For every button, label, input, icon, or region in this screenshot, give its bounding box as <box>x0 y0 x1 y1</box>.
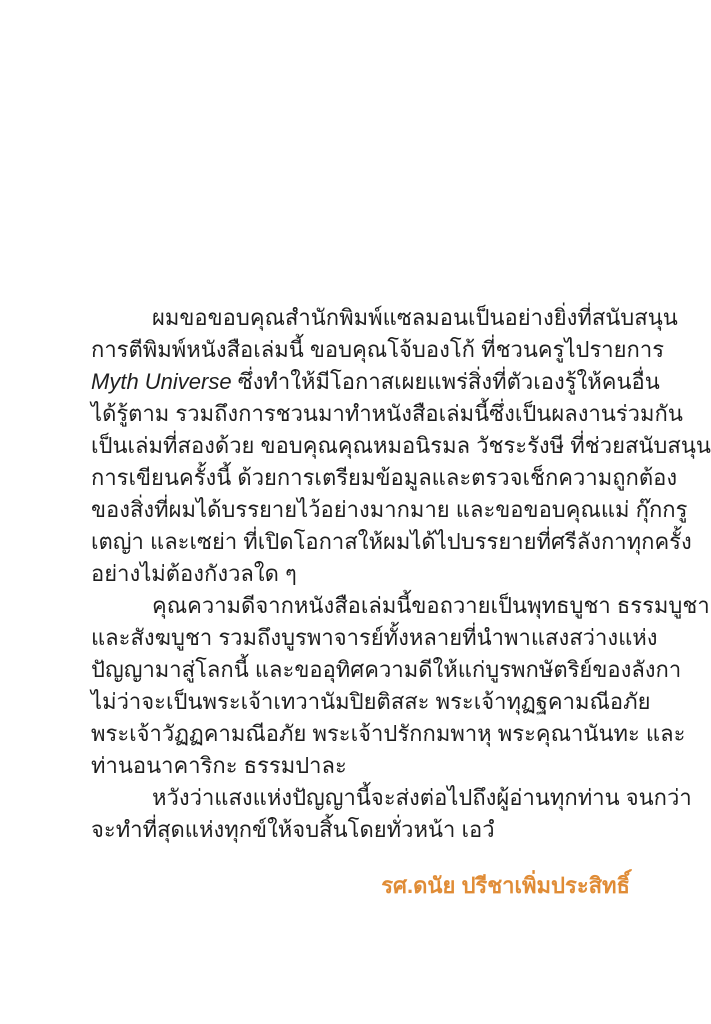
latin-italic-text: Myth Universe <box>91 369 232 394</box>
book-page: ผมขอขอบคุณสำนักพิมพ์แซลมอนเป็นอย่างยิ่งท… <box>0 0 711 1024</box>
text-line: ปัญญามาสู่โลกนี้ และขออุทิศความดีให้แก่บ… <box>91 654 630 686</box>
text-line: ได้รู้ตาม รวมถึงการชวนมาทำหนังสือเล่มนี้… <box>91 398 630 430</box>
thai-text: เตญ่า และเซย่า ที่เปิดโอกาสให้ผมได้ไปบรร… <box>91 529 692 554</box>
text-line: เป็นเล่มที่สองด้วย ขอบคุณคุณหมอนิรมล วัช… <box>91 430 630 462</box>
thai-text: ผมขอขอบคุณสำนักพิมพ์แซลมอนเป็นอย่างยิ่งท… <box>152 305 678 330</box>
text-line: หวังว่าแสงแห่งปัญญานี้จะส่งต่อไปถึงผู้อ่… <box>91 782 630 814</box>
paragraphs-container: ผมขอขอบคุณสำนักพิมพ์แซลมอนเป็นอย่างยิ่งท… <box>91 302 630 846</box>
text-line: คุณความดีจากหนังสือเล่มนี้ขอถวายเป็นพุทธ… <box>91 590 630 622</box>
text-line: พระเจ้าวัฏฏคามณีอภัย พระเจ้าปรักกมพาหุ พ… <box>91 718 630 750</box>
thai-text: ปัญญามาสู่โลกนี้ และขออุทิศความดีให้แก่บ… <box>91 657 681 682</box>
thai-text: คุณความดีจากหนังสือเล่มนี้ขอถวายเป็นพุทธ… <box>152 593 710 618</box>
thai-text: การเขียนครั้งนี้ ด้วยการเตรียมข้อมูลและต… <box>91 465 677 490</box>
thai-text: หวังว่าแสงแห่งปัญญานี้จะส่งต่อไปถึงผู้อ่… <box>152 785 692 810</box>
text-line: Myth Universe ซึ่งทำให้มีโอกาสเผยแพร่สิ่… <box>91 366 630 398</box>
thai-text: ได้รู้ตาม รวมถึงการชวนมาทำหนังสือเล่มนี้… <box>91 401 683 426</box>
thai-text: ท่านอนาคาริกะ ธรรมปาละ <box>91 753 347 778</box>
acknowledgements-text: ผมขอขอบคุณสำนักพิมพ์แซลมอนเป็นอย่างยิ่งท… <box>91 302 630 902</box>
text-line: ท่านอนาคาริกะ ธรรมปาละ <box>91 750 630 782</box>
text-line: เตญ่า และเซย่า ที่เปิดโอกาสให้ผมได้ไปบรร… <box>91 526 630 558</box>
thai-text: ไม่ว่าจะเป็นพระเจ้าเทวานัมปิยติสสะ พระเจ… <box>91 689 651 714</box>
thai-text: จะทำที่สุดแห่งทุกข์ให้จบสิ้นโดยทั่วหน้า … <box>91 817 495 842</box>
thai-text: และสังฆบูชา รวมถึงบูรพาจารย์ทั้งหลายที่น… <box>91 625 658 650</box>
text-line: การตีพิมพ์หนังสือเล่มนี้ ขอบคุณโจ้บองโก้… <box>91 334 630 366</box>
text-line: ไม่ว่าจะเป็นพระเจ้าเทวานัมปิยติสสะ พระเจ… <box>91 686 630 718</box>
thai-text: ของสิ่งที่ผมได้บรรยายไว้อย่างมากมาย และข… <box>91 497 687 522</box>
thai-text: การตีพิมพ์หนังสือเล่มนี้ ขอบคุณโจ้บองโก้… <box>91 337 664 362</box>
thai-text: ซึ่งทำให้มีโอกาสเผยแพร่สิ่งที่ตัวเองรู้ใ… <box>232 369 660 394</box>
text-line: และสังฆบูชา รวมถึงบูรพาจารย์ทั้งหลายที่น… <box>91 622 630 654</box>
text-line: ของสิ่งที่ผมได้บรรยายไว้อย่างมากมาย และข… <box>91 494 630 526</box>
thai-text: พระเจ้าวัฏฏคามณีอภัย พระเจ้าปรักกมพาหุ พ… <box>91 721 685 746</box>
text-line: จะทำที่สุดแห่งทุกข์ให้จบสิ้นโดยทั่วหน้า … <box>91 814 630 846</box>
author-signature: รศ.ดนัย ปรีชาเพิ่มประสิทธิ์ <box>91 870 630 902</box>
thai-text: เป็นเล่มที่สองด้วย ขอบคุณคุณหมอนิรมล วัช… <box>91 433 711 458</box>
text-line: อย่างไม่ต้องกังวลใด ๆ <box>91 558 630 590</box>
text-line: การเขียนครั้งนี้ ด้วยการเตรียมข้อมูลและต… <box>91 462 630 494</box>
thai-text: อย่างไม่ต้องกังวลใด ๆ <box>91 561 297 586</box>
text-line: ผมขอขอบคุณสำนักพิมพ์แซลมอนเป็นอย่างยิ่งท… <box>91 302 630 334</box>
